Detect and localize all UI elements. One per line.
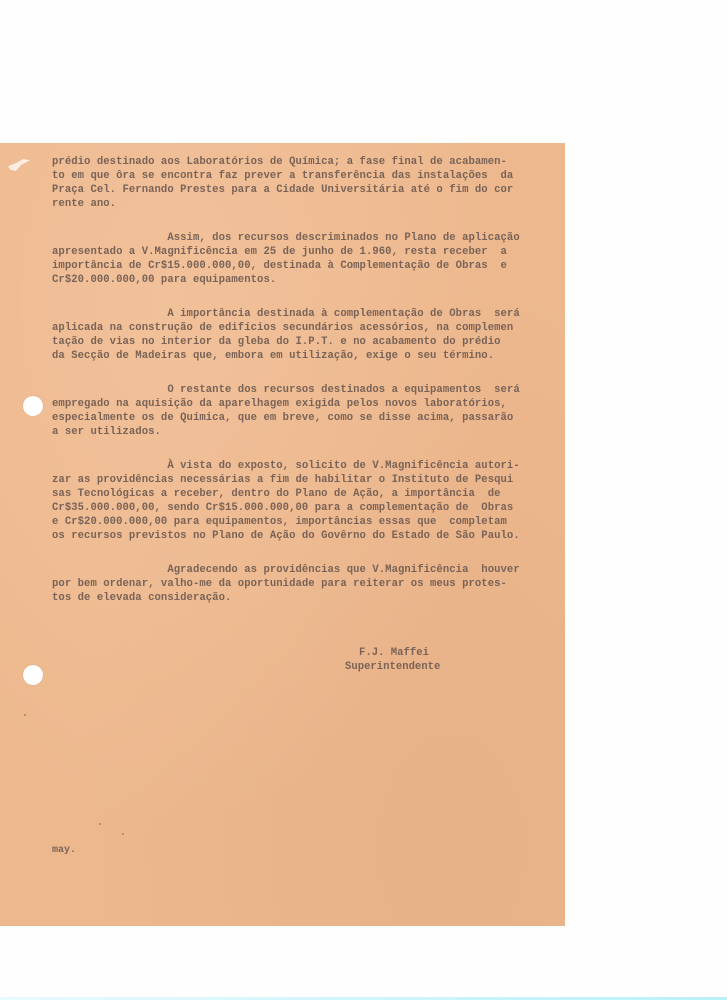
body-line: empregado na aquisição da aparelhagem ex… (52, 397, 572, 411)
body-line: to em que ôra se encontra faz prever a t… (52, 169, 572, 183)
paper-speck (24, 714, 26, 716)
body-line: apresentado a V.Magnificência em 25 de j… (52, 245, 572, 259)
body-line: tos de elevada consideração. (52, 591, 572, 605)
body-line: aplicada na construção de edifícios secu… (52, 321, 572, 335)
paragraph-closing: Agradecendo as providências que V.Magnif… (52, 563, 572, 605)
paragraph-resources: Assim, dos recursos descriminados no Pla… (52, 231, 572, 287)
paper-speck (122, 833, 124, 835)
body-line: Cr$35.000.000,00, sendo Cr$15.000.000,00… (52, 501, 572, 515)
paper-speck (99, 823, 101, 825)
body-line: importância de Cr$15.000.000,00, destina… (52, 259, 572, 273)
scanned-page: prédio destinado aos Laboratórios de Quí… (0, 0, 727, 1000)
binder-hole-top (23, 396, 43, 416)
body-line: especialmente os de Química, que em brev… (52, 411, 572, 425)
body-line: os recursos previstos no Plano de Ação d… (52, 529, 572, 543)
body-line: por bem ordenar, valho-me da oportunidad… (52, 577, 572, 591)
body-line: sas Tecnológicas a receber, dentro do Pl… (52, 487, 572, 501)
body-line: tação de vias no interior da gleba do I.… (52, 335, 572, 349)
letter-body: prédio destinado aos Laboratórios de Quí… (52, 155, 572, 625)
binder-hole-bottom (23, 665, 43, 685)
body-line: A importância destinada à complementação… (52, 307, 572, 321)
body-line: Assim, dos recursos descriminados no Pla… (52, 231, 572, 245)
body-line: Agradecendo as providências que V.Magnif… (52, 563, 572, 577)
body-line: O restante dos recursos destinados a equ… (52, 383, 572, 397)
paragraph-laboratories: prédio destinado aos Laboratórios de Quí… (52, 155, 572, 211)
paragraph-works: A importância destinada à complementação… (52, 307, 572, 363)
body-line: e Cr$20.000.000,00 para equipamentos, im… (52, 515, 572, 529)
signatory-name: F.J. Maffei (345, 646, 440, 660)
signatory-title: Superintendente (345, 660, 440, 674)
body-line: rente ano. (52, 197, 572, 211)
body-line: zar as providências necessárias a fim de… (52, 473, 572, 487)
typewritten-letter-page: prédio destinado aos Laboratórios de Quí… (0, 143, 565, 926)
torn-corner-mark (8, 159, 30, 171)
body-line: Cr$20.000.000,00 para equipamentos. (52, 273, 572, 287)
body-line: Praça Cel. Fernando Prestes para a Cidad… (52, 183, 572, 197)
body-line: prédio destinado aos Laboratórios de Quí… (52, 155, 572, 169)
body-line: À vista do exposto, solicito de V.Magnif… (52, 459, 572, 473)
body-line: da Secção de Madeiras que, embora em uti… (52, 349, 572, 363)
signature-block: F.J. Maffei Superintendente (345, 646, 440, 674)
paragraph-equipment: O restante dos recursos destinados a equ… (52, 383, 572, 439)
body-line: a ser utilizados. (52, 425, 572, 439)
paragraph-request: À vista do exposto, solicito de V.Magnif… (52, 459, 572, 543)
typist-initials: may. (52, 845, 76, 856)
